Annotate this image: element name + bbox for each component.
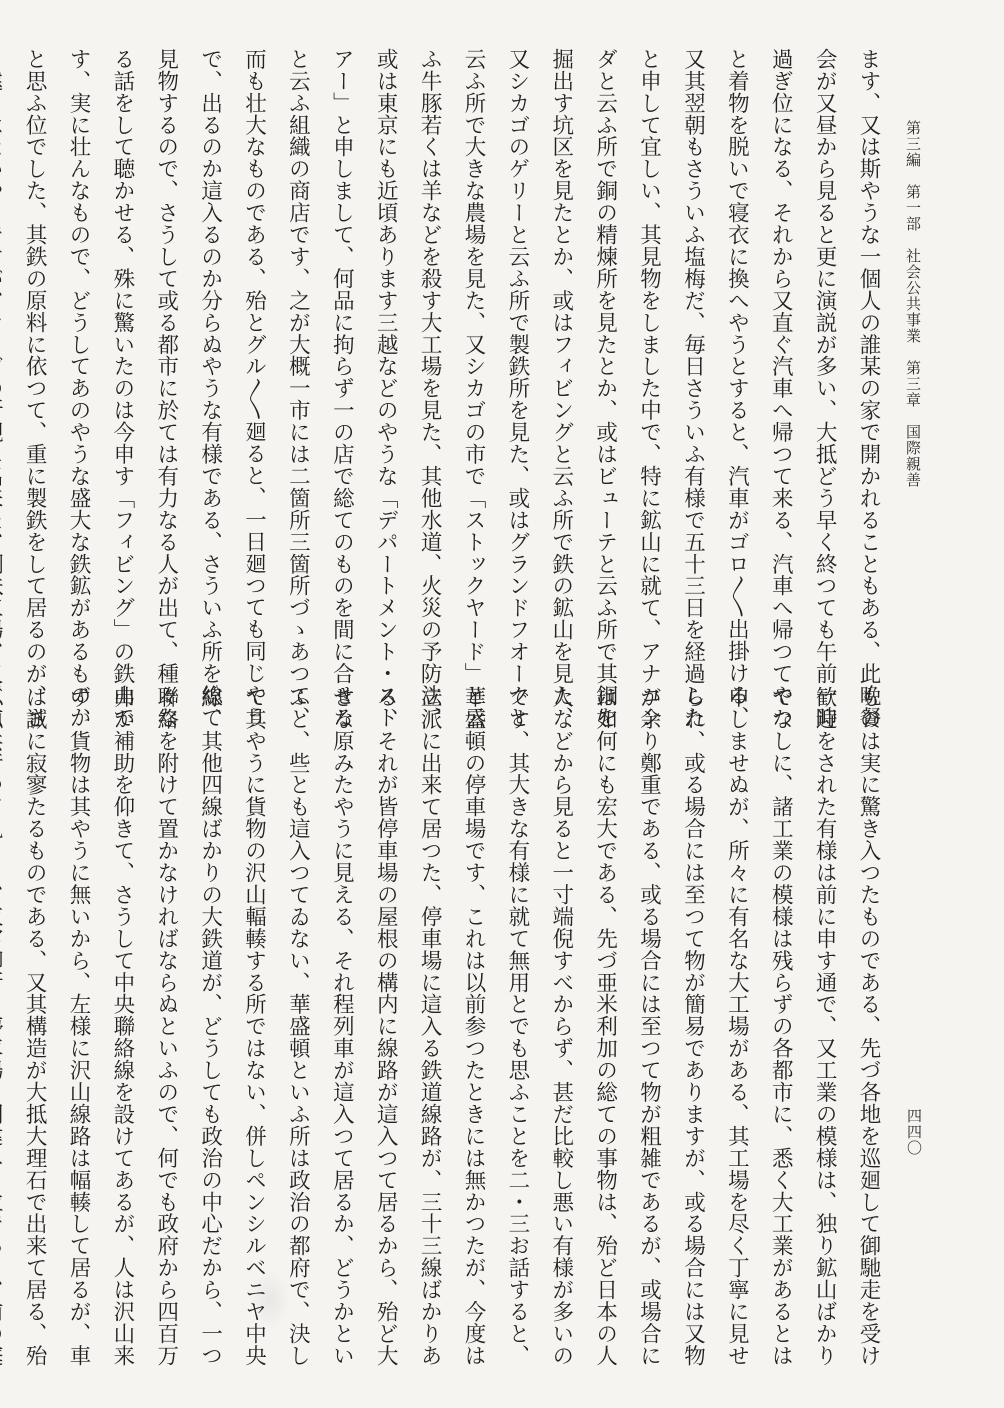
text-column: ふと、些とも這入つてゐない、華盛頓といふ所は政治の都府で、決し xyxy=(287,686,309,1286)
text-column: 又其翌朝もさういふ塩梅だ、毎日さういふ有様で五十三日を経過した xyxy=(682,48,704,648)
text-column: 又シカゴのゲリーと云ふ所で製鉄所を見た、或はグランドフオークと xyxy=(506,48,528,648)
text-column: 人などから見ると一寸端倪すべからず、甚だ比較し悪い有様が多いの xyxy=(550,686,572,1286)
running-head: 第三編 第一部 社会公共事業 第三章 国際親善 xyxy=(905,120,920,488)
text-column: られ、或る場合には至つて物が簡易でありますが、或る場合には又物 xyxy=(682,686,704,1286)
text-column: 而も壮大なものである、殆とグル〳〵廻ると、一日廻つても同じやう xyxy=(243,48,265,648)
text-column: 云ふ所で大きな農場を見た、又シカゴの市で「ストックヤード」と云 xyxy=(462,48,484,648)
text-column: 申しませぬが、所々に有名な大工場がある、其工場を尽く丁寧に見せ xyxy=(726,686,748,1286)
text-column: 線、其他四線ばかりの大鉄道が、どうしても政治の中心だから、一つ xyxy=(199,686,221,1286)
text-column: ダと云ふ所で銅の精煉所を見たとか、或はビューテと云ふ所で其銅を xyxy=(594,48,616,648)
book-page: 第三編 第一部 社会公共事業 第三章 国際親善 四四〇 ます、又は斯やうな一個人… xyxy=(0,0,1004,1408)
text-column: 過ぎ位になる、それから又直ぐ汽車へ帰つて来る、汽車へ帰つてやつ xyxy=(770,48,792,648)
text-column: ものは実に驚き入つたものである、先づ各地を巡廻して御馳走を受け xyxy=(858,686,880,1286)
text-column: と申して宜しい、其見物をしました中で、特に鉱山に就て、アナコン xyxy=(638,48,660,648)
text-column: 聯絡を附けて置かなければならぬといふので、何でも政府から四百万 xyxy=(155,686,177,1286)
text-column: と着物を脱いで寝衣に換へやうとすると、汽車がゴロ〳〵出掛ける、 xyxy=(726,48,748,648)
text-column: う遠くはないやうですが、シカゴの新規に出来た、鋼鉄工場、又以前 xyxy=(0,48,1,648)
text-column: でなしに、諸工業の模様は残らずの各都市に、悉く大工業があるとは xyxy=(770,686,792,1286)
text-column: と思ふ位でした、其鉄の原料に依つて、重に製鉄をして居るのが、さ xyxy=(24,48,46,648)
text-column: 或は東京にも近頃あります三越などのやうな「デパートメント・スト xyxy=(375,48,397,648)
text-column: は誠に寂寥たるものである、又其構造が大抵大理石で出来て居る、殆 xyxy=(24,686,46,1286)
page-number: 四四〇 xyxy=(906,1108,921,1156)
text-column: アー」と申しまして、何品に拘らず一の店で総てのものを間に合せる xyxy=(331,48,353,648)
text-column: る話をして聴かせる、殊に驚いたのは今申す「フィビング」の鉄山で xyxy=(111,48,133,648)
text-column: きな原みたやうに見える、それ程列車が這入つて居るか、どうかとい xyxy=(331,686,353,1286)
text-column: 華盛頓の停車場です、これは以前参つたときには無かつたが、今度は xyxy=(462,686,484,1286)
text-column: ふ牛豚若くは羊などを殺す大工場を見た、其他水道、火災の予防法、 xyxy=(419,48,441,648)
text-block-top: ます、又は斯やうな一個人の誰某の家で開かれることもある、此晩餐 会が又昼から見る… xyxy=(0,48,879,648)
text-column: 歓迎をされた有様は前に申す通で、又工業の模様は、独り鉱山ばかり xyxy=(814,686,836,1286)
text-column: す、実に壮んなもので、どうしてあのやうな盛大な鉄鉱があるものか xyxy=(67,48,89,648)
text-block-bottom: ものは実に驚き入つたものである、先づ各地を巡廻して御馳走を受け 歓迎をされた有様… xyxy=(0,686,879,1286)
text-column: 掘出す坑区を見たとか、或はフィビングと云ふ所で鉄の鉱山を見た、 xyxy=(550,48,572,648)
text-column: て其やうに貨物の沢山輻輳する所ではない、併しペンシルベニヤ中央 xyxy=(243,686,265,1286)
paper-smudge xyxy=(250,1270,290,1330)
text-column: が余り鄭重である、或る場合には至つて物が粗雑であるが、或場合に xyxy=(638,686,660,1286)
text-column: ます、又は斯やうな一個人の誰某の家で開かれることもある、此晩餐 xyxy=(858,48,880,648)
text-column: です、其大きな有様に就て無用とでも思ふことを二・三お話すると、 xyxy=(506,686,528,1286)
text-column: ず、貨物は其やうに無いから、左様に沢山線路は幅輳して居るが、車 xyxy=(67,686,89,1286)
text-column: 立派に出来て居つた、停車場に這入る鉄道線路が、三十三線ばかりあ xyxy=(419,686,441,1286)
text-column: 弗か補助を仰きて、さうして中央聯絡線を設けてあるが、人は沢山来 xyxy=(111,686,133,1286)
text-column: は如何にも宏大である、先づ亜米利加の総ての事物は、殆ど日本の人 xyxy=(594,686,616,1286)
text-column: と云ふ組織の商店です、之が大概一市には二箇所三箇所づゝあつて、 xyxy=(287,48,309,648)
text-column: ど私共行つて見ると、東宮御所と停車場と間違へる位である、前の庭 xyxy=(0,686,1,1286)
text-column: 見物するので、さうして或る都市に於ては有力なる人が出て、種々な xyxy=(155,48,177,648)
text-column: 会が又昼から見ると更に演説が多い、大抵どう早く終つても午前一時 xyxy=(814,48,836,648)
text-column: で、出るのか這入るのか分らぬやうな有様である、さういふ所を総て xyxy=(199,48,221,648)
text-column: る、それが皆停車場の屋根の構内に線路が這入つて居るから、殆ど大 xyxy=(375,686,397,1286)
